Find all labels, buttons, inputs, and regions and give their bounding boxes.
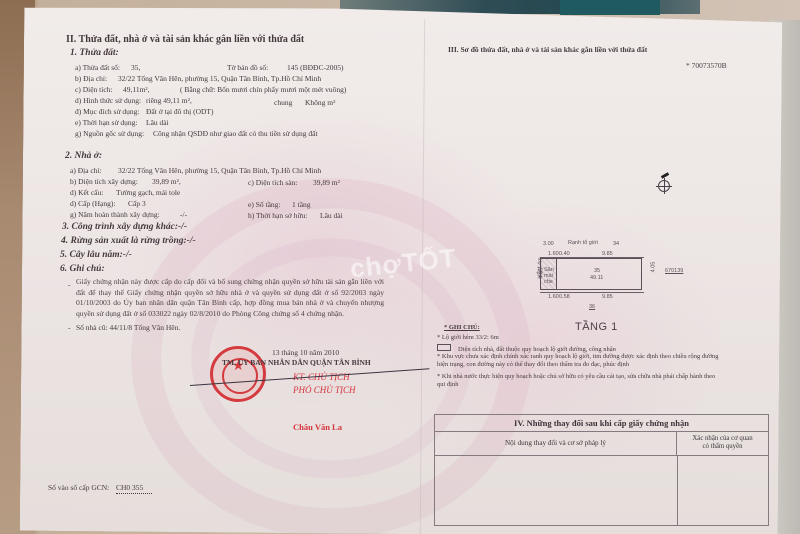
- note-text-1: Giấy chứng nhận này được cấp do cấp đổi …: [76, 277, 384, 319]
- area-label: c) Diện tích:: [75, 84, 113, 95]
- use-form: riêng 49,11 m²,: [146, 95, 192, 106]
- date-day: 13: [272, 348, 280, 357]
- grade-label: d) Cấp (Hạng):: [70, 198, 115, 209]
- forest: 4. Rừng sản xuất là rừng trồng:-/-: [61, 236, 196, 247]
- dim-right-height: 4.05: [650, 262, 656, 273]
- compass-icon: [658, 180, 670, 192]
- lot-number: 35: [594, 268, 600, 274]
- floor-area: 39,89 m²: [313, 177, 340, 188]
- section4-title: IV. Những thay đổi sau khi cấp giấy chứn…: [435, 415, 768, 432]
- bottom-lot-number: 36: [589, 304, 595, 310]
- house-heading: 2. Nhà ở:: [65, 151, 102, 162]
- other-works: 3. Công trình xây dựng khác:-/-: [62, 222, 187, 233]
- house-address: 32/22 Tống Văn Hên, phường 15, Quận Tân …: [118, 165, 321, 176]
- parcel-no-label: a) Thửa đất số:: [75, 62, 120, 73]
- grade: Cấp 3: [128, 198, 146, 209]
- perennial: 5. Cây lâu năm:-/-: [60, 250, 132, 261]
- structure: Tường gạch, mái tole: [116, 187, 180, 198]
- top-lot-no: 34: [613, 241, 619, 247]
- changes-table: IV. Những thay đổi sau khi cấp giấy chứn…: [434, 414, 769, 526]
- authority: TM. ỦY BAN NHÂN DÂN QUẬN TÂN BÌNH: [222, 357, 371, 368]
- notes-heading: 6. Ghi chú:: [60, 264, 105, 275]
- note-bullet: -: [68, 322, 71, 333]
- use-form-label: d) Hình thức sử dụng:: [75, 95, 141, 106]
- land-heading: 1. Thửa đất:: [70, 48, 119, 59]
- dim-058: 0.58: [559, 294, 570, 300]
- floor-area-label: c) Diện tích sàn:: [248, 177, 297, 188]
- floor-label: TẦNG 1: [575, 321, 618, 333]
- origin: Công nhận QSDĐ như giao đất có thu tiền …: [153, 128, 318, 139]
- legend-item-4: * Khi nhà nước thực hiện quy hoạch hoặc …: [437, 373, 722, 389]
- legend-item-3: * Khu vực chưa xác định chính xác ranh q…: [437, 353, 722, 369]
- house-address-label: a) Địa chỉ:: [70, 165, 102, 176]
- registry-label: Số vào sổ cấp GCN:: [48, 482, 109, 493]
- date-month: 10: [300, 348, 308, 357]
- col-confirm-line2: có thẩm quyền: [677, 443, 768, 451]
- structure-label: d) Kết cấu:: [70, 187, 103, 198]
- map-sheet: 145 (BĐĐC-2005): [287, 62, 343, 73]
- ownership-term: Lâu dài: [320, 210, 343, 221]
- term: Lâu dài: [146, 117, 169, 128]
- section3-title: III. Sơ đồ thửa đất, nhà ở và tài sản kh…: [448, 44, 647, 55]
- shared: Không m²: [305, 97, 335, 108]
- origin-label: g) Nguồn gốc sử dụng:: [75, 128, 144, 139]
- completed-label: g) Năm hoàn thành xây dựng:: [70, 209, 160, 220]
- background-top-teal: [560, 0, 660, 15]
- official-stamp: [210, 346, 266, 402]
- dim-300: 3.00: [543, 241, 554, 247]
- covered-yard-label: Sân mái che: [544, 267, 558, 285]
- col-confirm-header: Xác nhận của cơ quan có thẩm quyền: [677, 432, 768, 456]
- dim-985-bottom: 9.85: [602, 294, 613, 300]
- registry-value: CH0 355: [116, 482, 152, 494]
- legend-swatch: [437, 344, 451, 351]
- col-content-header: Nội dung thay đổi và cơ sở pháp lý: [435, 432, 677, 456]
- date-month-label: tháng: [281, 348, 298, 357]
- dim-160-bottom: 1.60: [548, 294, 559, 300]
- col-confirm-line1: Xác nhận của cơ quan: [677, 435, 768, 443]
- area: 49,11m²,: [123, 84, 150, 95]
- term-label: e) Thời hạn sử dụng:: [75, 117, 137, 128]
- build-area: 39,89 m²,: [152, 176, 181, 187]
- section2-title: II. Thửa đất, nhà ở và tài sản khác gắn …: [66, 34, 304, 45]
- land-address-label: b) Địa chỉ:: [75, 73, 107, 84]
- floors: 1 tầng: [292, 199, 311, 210]
- build-area-label: b) Diện tích xây dựng:: [70, 176, 138, 187]
- parcel-no: 35,: [131, 62, 140, 73]
- top-boundary-label: Rạnh tổ giới: [568, 240, 598, 246]
- note-text-2: Số nhà cũ: 44/11/8 Tống Văn Hên.: [76, 322, 180, 333]
- note-bullet: -: [68, 279, 71, 290]
- lot-area: 49.11: [590, 275, 603, 281]
- column-divider: [677, 456, 678, 526]
- signer-name: Châu Văn La: [293, 422, 342, 433]
- area-words: ( Bằng chữ: Bốn mươi chín phẩy mươi một …: [180, 84, 346, 95]
- role-title: PHÓ CHỦ TỊCH: [293, 385, 356, 396]
- land-address: 32/22 Tống Văn Hên, phường 15, Quận Tân …: [118, 73, 321, 84]
- dim-line-bottom: [540, 292, 644, 293]
- right-lot-number: 670139: [665, 268, 683, 274]
- floors-label: e) Số tầng:: [248, 199, 281, 210]
- completed: -/-: [180, 209, 187, 220]
- map-sheet-label: Tờ bản đồ số:: [227, 62, 268, 73]
- serial-number: * 70073570B: [686, 60, 727, 71]
- shared-label: chung: [274, 97, 292, 108]
- date-year: năm 2010: [309, 348, 339, 357]
- ownership-term-label: h) Thời hạn sở hữu:: [248, 210, 307, 221]
- purpose: Đất ở tại đô thị (ODT): [146, 106, 214, 117]
- purpose-label: đ) Mục đích sử dụng:: [75, 106, 139, 117]
- legend-item-1: * Lộ giới hẻm 33/2: 6m: [437, 332, 499, 343]
